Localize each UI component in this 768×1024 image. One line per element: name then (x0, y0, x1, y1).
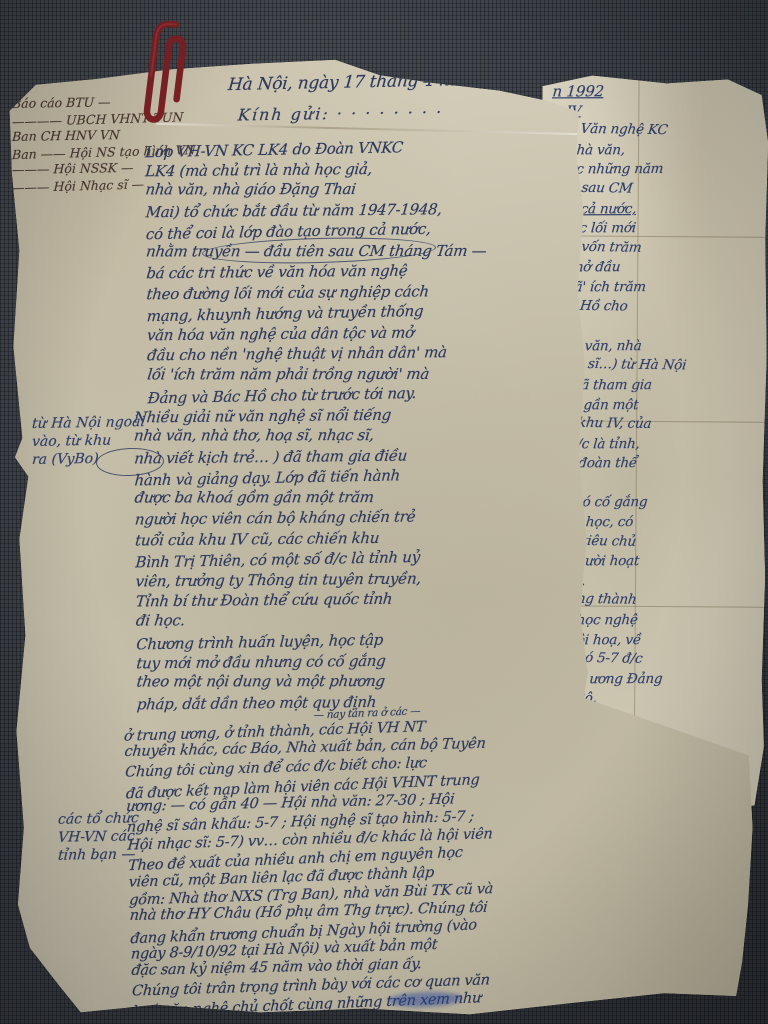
handwritten-fragment-line (550, 317, 764, 337)
margin-note-line: từ Hà Nội ngoài (31, 413, 145, 433)
handwritten-fragment-line: ả, nhà văn, (551, 140, 765, 160)
handwritten-fragment-line: n 1992 (552, 82, 766, 102)
handwritten-line: nhằm truyền — đầu tiên sau CM tháng Tám … (145, 240, 585, 261)
margin-note-bottom: các tổ chứcVH-VN cáctỉnh bạn — (58, 810, 139, 864)
handwritten-fragment-line: số đ/c là tỉnh, (549, 434, 763, 454)
handwritten-fragment-line: oàn Văn nghệ KC (551, 120, 765, 143)
handwritten-fragment-line: IV (565, 101, 765, 121)
handwritten-line: Nhiều giải nữ văn nghệ sĩ nổi tiếng (133, 402, 587, 427)
handwritten-fragment-line: và mở đầu (550, 258, 764, 278)
handwritten-fragment-line: chư đoàn thể (549, 454, 763, 474)
handwritten-line: nhà văn, nhà giáo Đặng Thai (144, 179, 584, 200)
margin-note-line: các tổ chức (57, 809, 139, 828)
handwritten-line: tuy mới mở đầu nhưng có cố gắng (136, 648, 590, 673)
handwritten-line: LK4 (mà chủ trì là nhà học giả, (144, 156, 584, 181)
margin-note-mid: từ Hà Nội ngoàivào, từ khura (VyBo) (32, 414, 145, 468)
dateline: Hà Nội, ngày 17 tháng 4 năm 1992 (227, 69, 524, 95)
margin-note-line: tỉnh bạn — (57, 845, 139, 864)
handwritten-line: Tỉnh bí thư Đoàn thể cứu quốc tỉnh (135, 587, 589, 612)
handwritten-line: theo một nội dung và một phương (135, 671, 589, 692)
handwritten-fragment-line: tiếp vốn trăm (550, 237, 764, 260)
handwritten-fragment-line: 'vì lã' ích trăm (550, 278, 764, 298)
handwritten-fragment-line: tiên sau CM (551, 178, 765, 201)
handwritten-fragment-line: chức những năm (551, 160, 765, 180)
margin-note-line: VH-VN các (57, 827, 139, 846)
photo-of-letter: { "photo": { "description": "Photograph … (0, 0, 768, 1024)
margin-note-line: vào, từ khu (31, 431, 145, 451)
margin-note-line: ra (VyBo) (31, 449, 145, 469)
salutation: Kính gửi: · · · · · · · · (237, 103, 444, 125)
handwritten-line: nhà văn, nhà thơ, hoạ sĩ, nhạc sĩ, (133, 425, 587, 446)
letter-body-upper: Lớp VH-VN KC LK4 do Đoàn VNKCLK4 (mà chủ… (145, 136, 589, 715)
handwritten-fragment-line: Bác Hồ cho (550, 296, 764, 319)
handwritten-line: đầu cho nền 'nghệ thuật vị nhân dân' mà (146, 341, 586, 366)
handwritten-fragment-line: trước lối mới (551, 219, 765, 239)
handwritten-line: được ba khoá gồm gần một trăm (134, 486, 588, 507)
letter-body-lower: — nay tản ra ở các —ở trung ương, ở tỉnh… (123, 694, 744, 1018)
